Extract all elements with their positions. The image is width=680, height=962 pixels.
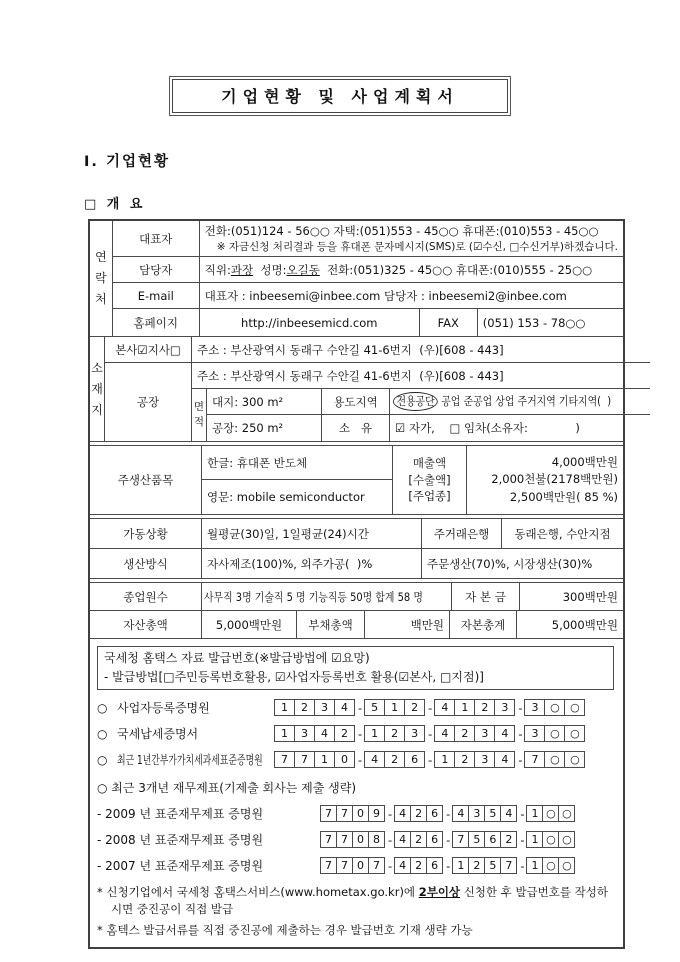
manager-label: 담당자 — [113, 257, 200, 282]
digit-cell: 4 — [434, 699, 455, 716]
production-section: 생산방식 자사제조(100)%, 외주가공( )% 주문생산(70)%, 시장생… — [90, 549, 623, 579]
digit-cell: 6 — [404, 751, 425, 768]
digit-cell: 3 — [474, 725, 495, 742]
employees-label: 종업원수 — [90, 583, 202, 610]
digit-cell: 4 — [394, 857, 411, 874]
circle-bullet: ○ — [97, 701, 117, 715]
hyphen-separator: - — [358, 727, 362, 741]
location-section: 소재지 본사☑지사□ 주소 : 부산광역시 동래구 수안길 41-6번지 (우)… — [90, 337, 623, 442]
factory-address-row: 주소 : 부산광역시 동래구 수안길 41-6번지 (우)[608 - 443] — [192, 363, 650, 389]
equity-label: 자본총계 — [450, 611, 517, 638]
digit-cell: 1 — [384, 699, 405, 716]
digit-cell: 7 — [500, 857, 517, 874]
digit-cell: 7 — [274, 751, 295, 768]
email-value: 대표자 : inbeesemi@inbee.com 담당자 : inbeesem… — [200, 283, 623, 308]
bank-label: 주거래은행 — [422, 519, 502, 548]
digit-cell: 2 — [454, 751, 475, 768]
debt-label: 부채총액 — [297, 611, 365, 638]
assets-label: 자산총액 — [90, 611, 202, 638]
page-title: 기업현황 및 사업계획서 — [221, 87, 459, 106]
capital-label: 자 본 금 — [452, 583, 520, 610]
building-row: 공장: 250 m² 소 유 ☑ 자가, □ 임차(소유자: ) — [207, 415, 650, 441]
fax-value: (051) 153 - 78○○ — [478, 309, 621, 336]
issuance-label: 국세납세증명서 — [117, 725, 275, 742]
document: { "page": { "title": "기업현황 및 사업계획서", "se… — [0, 0, 680, 962]
overview-heading: □ 개 요 — [84, 193, 680, 212]
factory-area-rows: 면적 대지: 300 m² 용도지역 전용공단 공업 준공업 상업 주거지역 기… — [192, 389, 650, 441]
cert-rows: ○사업자등록증명원1234-512-4123-3○○○국세납세증명서1342-1… — [97, 699, 616, 768]
sales-labels: 매출액 [수출액] [주업종] — [392, 446, 467, 514]
factory-rows: 공장 주소 : 부산광역시 동래구 수안길 41-6번지 (우)[608 - 4… — [105, 363, 650, 441]
hq-row: 본사☑지사□ 주소 : 부산광역시 동래구 수안길 41-6번지 (우)[608… — [105, 337, 650, 363]
digit-cell: 1 — [526, 857, 543, 874]
digit-cell: 0 — [352, 831, 369, 848]
financial-statement-row: - 2009 년 표준재무제표 증명원7709-426-4354-1○○ — [97, 805, 616, 822]
digit-cell: 2 — [334, 725, 355, 742]
fin-rows: - 2009 년 표준재무제표 증명원7709-426-4354-1○○- 20… — [97, 805, 616, 874]
sales-amount: 4,000백만원 — [552, 454, 618, 471]
digit-cell: 2 — [404, 699, 425, 716]
digit-cell: 4 — [452, 805, 469, 822]
issuance-label: - 2007 년 표준재무제표 증명원 — [97, 857, 321, 874]
ownership-value: ☑ 자가, □ 임차(소유자: ) — [390, 415, 650, 441]
manager-value: 직위: 과장 성명: 오길동 전화:(051)325 - 45○○ 휴대폰:(0… — [200, 257, 623, 282]
issuance-number-boxes: 1342-123-4234-3○○ — [275, 725, 585, 742]
homepage-row: 홈페이지 http://inbeesemicd.com FAX (051) 15… — [113, 309, 623, 336]
hyphen-separator: - — [428, 753, 432, 767]
financial-statement-row: - 2008 년 표준재무제표 증명원7708-426-7562-1○○ — [97, 831, 616, 848]
area-group-cell: 면적 — [192, 389, 207, 441]
circle-bullet: ○ — [97, 727, 117, 741]
digit-cell: ○ — [544, 751, 565, 768]
digit-cell: 4 — [434, 725, 455, 742]
note-1-emphasis: 2부이상 — [419, 885, 460, 899]
factory-address: 주소 : 부산광역시 동래구 수안길 41-6번지 (우)[608 - 443] — [192, 363, 650, 388]
digit-cell: 2 — [384, 725, 405, 742]
section-heading: Ⅰ. 기업현황 — [84, 150, 680, 171]
digit-cell: 3 — [494, 699, 515, 716]
product-section: 주생산품목 한글: 휴대폰 반도체 영문: mobile semiconduct… — [90, 446, 623, 515]
digit-cell: ○ — [542, 805, 559, 822]
hyphen-separator: - — [428, 701, 432, 715]
product-eng-row: 영문: mobile semiconductor — [202, 480, 392, 514]
digit-cell: 2 — [474, 699, 495, 716]
contact-section: 연락처 대표자 전화:(051)124 - 56○○ 자택:(051)553 -… — [90, 221, 623, 337]
digit-cell: 1 — [434, 751, 455, 768]
hyphen-separator: - — [520, 859, 524, 873]
building-area: 공장: 250 m² — [207, 415, 322, 441]
digit-cell: 6 — [426, 831, 443, 848]
digit-cell: 7 — [524, 751, 545, 768]
hometax-method: - 발급방법[□주민등록번호활용, ☑사업자등록번호 활용(☑본사, □지점)] — [104, 668, 607, 687]
production-label: 생산방식 — [90, 549, 202, 578]
sales-values: 4,000백만원 2,000천불(2178백만원) 2,500백만원( 85 %… — [467, 446, 623, 514]
financial-statement-row: - 2007 년 표준재무제표 증명원7707-426-1257-1○○ — [97, 857, 616, 874]
digit-cell: 7 — [320, 831, 337, 848]
digit-cell: 0 — [334, 751, 355, 768]
certificate-row: ○사업자등록증명원1234-512-4123-3○○ — [97, 699, 616, 716]
product-eng: 영문: mobile semiconductor — [202, 480, 392, 514]
ceo-phones: 전화:(051)124 - 56○○ 자택:(051)553 - 45○○ 휴대… — [205, 223, 599, 239]
hyphen-separator: - — [518, 727, 522, 741]
sales-label: 매출액 — [413, 455, 446, 472]
digit-cell: 1 — [454, 699, 475, 716]
hq-address: 주소 : 부산광역시 동래구 수안길 41-6번지 (우)[608 - 443] — [192, 337, 650, 362]
financial-heading: ○ 최근 3개년 재무제표(기제출 회사는 제출 생략) — [97, 779, 616, 796]
location-group-cell: 소재지 — [90, 337, 105, 441]
land-row: 대지: 300 m² 용도지역 전용공단 공업 준공업 상업 주거지역 기타지역… — [207, 389, 650, 415]
industry-label: [주업종] — [408, 488, 450, 505]
digit-cell: 1 — [452, 857, 469, 874]
digit-cell: 4 — [334, 699, 355, 716]
location-group-label: 소재지 — [90, 358, 104, 421]
digit-cell: 8 — [368, 831, 385, 848]
operation-label: 가동상황 — [90, 519, 202, 548]
issuance-number-boxes: 1234-512-4123-3○○ — [275, 699, 585, 716]
zoning-options: 공업 준공업 상업 주거지역 기타지역( ) — [438, 394, 611, 408]
digit-cell: 2 — [500, 831, 517, 848]
digit-cell: ○ — [564, 699, 585, 716]
factory-label: 공장 — [105, 363, 192, 441]
digit-cell: ○ — [558, 831, 575, 848]
title-box-inner: 기업현황 및 사업계획서 — [172, 79, 508, 113]
digit-cell: 7 — [320, 857, 337, 874]
operation-section: 가동상황 월평균(30)일, 1일평균(24)시간 주거래은행 동래은행, 수안… — [90, 519, 623, 549]
hometax-method-box: 국세청 홈택스 자료 발급번호(※발급방법에 ☑요망) - 발급방법[□주민등록… — [97, 646, 614, 690]
digit-cell: 5 — [364, 699, 385, 716]
digit-cell: ○ — [544, 699, 565, 716]
digit-cell: 4 — [364, 751, 385, 768]
digit-cell: 7 — [336, 831, 353, 848]
operation-value: 월평균(30)일, 1일평균(24)시간 — [202, 519, 422, 548]
digit-cell: 7 — [320, 805, 337, 822]
hyphen-separator: - — [520, 833, 524, 847]
production-order: 주문생산(70)%, 시장생산(30)% — [422, 549, 623, 578]
digit-cell: 2 — [294, 699, 315, 716]
digit-cell: 2 — [410, 805, 427, 822]
contact-group-cell: 연락처 — [90, 221, 113, 336]
digit-cell: ○ — [542, 831, 559, 848]
digit-cell: 5 — [468, 831, 485, 848]
digit-cell: 4 — [494, 725, 515, 742]
digit-cell: 1 — [526, 831, 543, 848]
contact-group-label: 연락처 — [94, 247, 108, 310]
product-kor-row: 한글: 휴대폰 반도체 — [202, 446, 392, 480]
export-amount: 2,000천불(2178백만원) — [491, 471, 618, 488]
digit-cell: 1 — [274, 725, 295, 742]
digit-cell: ○ — [564, 751, 585, 768]
note-1: * 신청기업에서 국세청 홈택스서비스(www.hometax.go.kr)에 … — [97, 884, 616, 919]
digit-cell: 1 — [364, 725, 385, 742]
digit-cell: 3 — [524, 725, 545, 742]
employees-section: 종업원수 사무직 3명 기술직 5 명 기능직등 50명 합계 58 명 자 본… — [90, 583, 623, 611]
ceo-sms-note: ※ 자금신청 처리결과 등을 휴대폰 문자메시지(SMS)로 (☑수신, □수신… — [205, 239, 618, 254]
export-label: [수출액] — [408, 472, 450, 489]
digit-cell: ○ — [558, 857, 575, 874]
circle-bullet: ○ — [97, 753, 117, 767]
issuance-label: 최근 1년간부가가치세과세표준증명원 — [117, 751, 234, 768]
bank-value: 동래은행, 수안지점 — [502, 519, 623, 548]
hometax-section: 국세청 홈택스 자료 발급번호(※발급방법에 ☑요망) - 발급방법[□주민등록… — [90, 639, 623, 947]
digit-cell: 7 — [368, 857, 385, 874]
note-1-pre: * 신청기업에서 국세청 홈택스서비스(www.hometax.go.kr)에 — [97, 885, 419, 899]
digit-cell: 1 — [526, 805, 543, 822]
title-box: 기업현황 및 사업계획서 — [169, 76, 511, 116]
issuance-number-boxes: 7710-426-1234-7○○ — [275, 751, 585, 768]
hyphen-separator: - — [428, 727, 432, 741]
issuance-number-boxes: 7709-426-4354-1○○ — [321, 805, 575, 822]
ceo-row: 대표자 전화:(051)124 - 56○○ 자택:(051)553 - 45○… — [113, 221, 623, 257]
zoning-label: 용도지역 — [322, 389, 390, 414]
digit-cell: 2 — [410, 831, 427, 848]
industry-share: 2,500백만원( 85 %) — [510, 489, 618, 506]
employees-breakdown: 사무직 3명 기술직 5 명 기능직등 50명 합계 58 명 — [204, 589, 423, 605]
digit-cell: 7 — [336, 857, 353, 874]
assets-section: 자산총액 5,000백만원 부채총액 백만원 자본총계 5,000백만원 — [90, 611, 623, 639]
fax-label: FAX — [420, 309, 478, 336]
debt-value: 백만원 — [365, 611, 450, 638]
digit-cell: 6 — [426, 805, 443, 822]
manager-position: 과장 — [231, 262, 253, 278]
issuance-number-boxes: 7707-426-1257-1○○ — [321, 857, 575, 874]
note-2: * 홈텍스 발급서류를 직접 중진공에 제출하는 경우 발급번호 기재 생략 가… — [97, 922, 616, 939]
digit-cell: 9 — [368, 805, 385, 822]
digit-cell: 0 — [352, 857, 369, 874]
homepage-value: http://inbeesemicd.com — [200, 309, 420, 336]
issuance-label: - 2009 년 표준재무제표 증명원 — [97, 805, 321, 822]
digit-cell: 2 — [468, 857, 485, 874]
digit-cell: 1 — [274, 699, 295, 716]
digit-cell: 1 — [314, 751, 335, 768]
main-table: 연락처 대표자 전화:(051)124 - 56○○ 자택:(051)553 -… — [88, 219, 625, 949]
area-group-label: 면적 — [193, 400, 205, 429]
digit-cell: 6 — [426, 857, 443, 874]
digit-cell: 5 — [484, 805, 501, 822]
hyphen-separator: - — [446, 833, 450, 847]
email-label: E-mail — [113, 283, 200, 308]
digit-cell: ○ — [542, 857, 559, 874]
digit-cell: 4 — [494, 751, 515, 768]
digit-cell: 5 — [484, 857, 501, 874]
hyphen-separator: - — [358, 753, 362, 767]
digit-cell: ○ — [564, 725, 585, 742]
issuance-number-boxes: 7708-426-7562-1○○ — [321, 831, 575, 848]
digit-cell: 7 — [294, 751, 315, 768]
digit-cell: 2 — [454, 725, 475, 742]
digit-cell: 4 — [394, 805, 411, 822]
digit-cell: 2 — [384, 751, 405, 768]
land-area: 대지: 300 m² — [207, 389, 322, 414]
digit-cell: 4 — [500, 805, 517, 822]
assets-total: 5,000백만원 — [202, 611, 297, 638]
digit-cell: 0 — [352, 805, 369, 822]
digit-cell: ○ — [544, 725, 565, 742]
hometax-title: 국세청 홈택스 자료 발급번호(※발급방법에 ☑요망) — [104, 649, 607, 668]
manager-name-label: 성명: — [253, 262, 286, 278]
digit-cell: 3 — [314, 699, 335, 716]
ceo-label: 대표자 — [113, 221, 200, 256]
digit-cell: ○ — [558, 805, 575, 822]
capital-value: 300백만원 — [520, 583, 623, 610]
hyphen-separator: - — [520, 807, 524, 821]
digit-cell: 3 — [294, 725, 315, 742]
hq-label: 본사☑지사□ — [105, 337, 192, 362]
hyphen-separator: - — [446, 859, 450, 873]
manager-row: 담당자 직위: 과장 성명: 오길동 전화:(051)325 - 45○○ 휴대… — [113, 257, 623, 283]
issuance-label: 사업자등록증명원 — [117, 699, 275, 716]
certificate-row: ○최근 1년간부가가치세과세표준증명원7710-426-1234-7○○ — [97, 751, 616, 768]
homepage-label: 홈페이지 — [113, 309, 200, 336]
hyphen-separator: - — [446, 807, 450, 821]
hyphen-separator: - — [388, 859, 392, 873]
digit-cell: 3 — [524, 699, 545, 716]
manager-phones: 전화:(051)325 - 45○○ 휴대폰:(010)555 - 25○○ — [320, 262, 592, 278]
hyphen-separator: - — [388, 833, 392, 847]
hyphen-separator: - — [358, 701, 362, 715]
digit-cell: 7 — [452, 831, 469, 848]
email-row: E-mail 대표자 : inbeesemi@inbee.com 담당자 : i… — [113, 283, 623, 309]
product-label: 주생산품목 — [90, 446, 202, 514]
digit-cell: 2 — [410, 857, 427, 874]
zoning-value: 전용공단 공업 준공업 상업 주거지역 기타지역( ) — [390, 389, 650, 414]
digit-cell: 4 — [314, 725, 335, 742]
ceo-value: 전화:(051)124 - 56○○ 자택:(051)553 - 45○○ 휴대… — [200, 221, 623, 256]
digit-cell: 7 — [336, 805, 353, 822]
hyphen-separator: - — [388, 807, 392, 821]
zoning-selected: 전용공단 — [393, 392, 438, 411]
hyphen-separator: - — [518, 701, 522, 715]
manager-position-label: 직위: — [205, 262, 231, 278]
hyphen-separator: - — [518, 753, 522, 767]
digit-cell: 4 — [394, 831, 411, 848]
manager-name: 오길동 — [286, 262, 319, 278]
equity-value: 5,000백만원 — [517, 611, 623, 638]
certificate-row: ○국세납세증명서1342-123-4234-3○○ — [97, 725, 616, 742]
product-kor: 한글: 휴대폰 반도체 — [202, 446, 392, 479]
employees-value: 사무직 3명 기술직 5 명 기능직등 50명 합계 58 명 — [202, 583, 452, 610]
digit-cell: 3 — [468, 805, 485, 822]
production-self: 자사제조(100)%, 외주가공( )% — [202, 549, 422, 578]
issuance-label: - 2008 년 표준재무제표 증명원 — [97, 831, 321, 848]
digit-cell: 3 — [474, 751, 495, 768]
hometax-notes: * 신청기업에서 국세청 홈택스서비스(www.hometax.go.kr)에 … — [97, 884, 616, 939]
ownership-label: 소 유 — [322, 415, 390, 441]
digit-cell: 6 — [484, 831, 501, 848]
digit-cell: 3 — [404, 725, 425, 742]
